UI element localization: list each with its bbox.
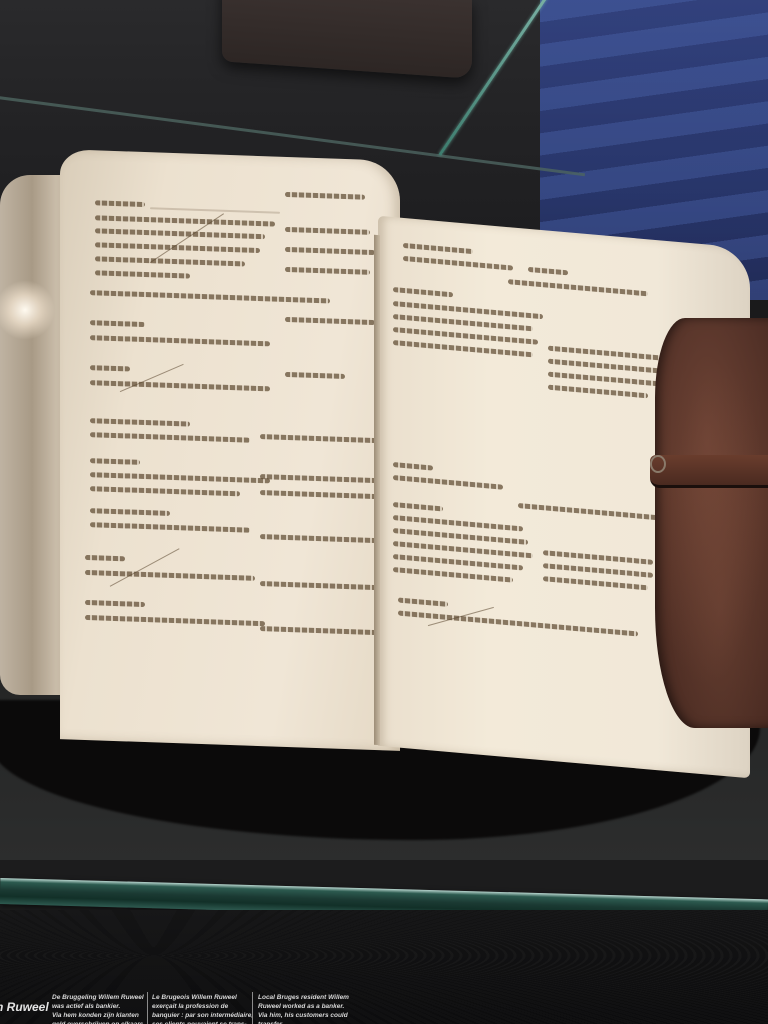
handwriting: [85, 615, 265, 626]
handwriting: [260, 490, 380, 499]
ledger-rule: [150, 207, 280, 214]
strike-line: [110, 548, 180, 586]
handwriting: [90, 320, 145, 327]
handwriting: [90, 508, 170, 516]
handwriting: [85, 570, 255, 581]
handwriting: [95, 200, 145, 207]
handwriting: [398, 597, 448, 606]
label-column-dutch: De Bruggeling Willem Ruweel was actief a…: [52, 993, 160, 1024]
label-line: transfer: [258, 1020, 366, 1024]
handwriting: [90, 290, 330, 303]
handwriting: [285, 267, 370, 275]
handwriting: [95, 228, 265, 239]
handwriting: [543, 550, 653, 565]
label-line: ses clients pouvaient se trans-: [152, 1020, 260, 1024]
label-line: De Bruggeling Willem Ruweel: [52, 993, 160, 1002]
label-line: was actief als bankier.: [52, 1002, 160, 1011]
handwriting: [85, 600, 145, 607]
handwriting: [548, 385, 648, 399]
handwriting: [90, 472, 270, 483]
handwriting: [260, 626, 380, 635]
label-line: Local Bruges resident Willem: [258, 993, 366, 1002]
handwriting: [548, 359, 668, 374]
handwriting: [543, 576, 648, 590]
handwriting: [548, 372, 658, 387]
handwriting: [85, 555, 125, 561]
handwriting: [285, 247, 375, 255]
label-line: Via hem konden zijn klanten: [52, 1011, 160, 1020]
handwriting: [528, 267, 568, 275]
label-line: banquier : par son intermédiaire,: [152, 1011, 260, 1020]
handwriting: [90, 335, 270, 346]
handwriting: [285, 317, 375, 325]
handwriting: [403, 256, 513, 271]
label-line: Le Brugeois Willem Ruweel: [152, 993, 260, 1002]
handwriting: [393, 340, 533, 357]
handwriting: [285, 372, 345, 379]
label-divider: [147, 992, 148, 1024]
book-gutter: [374, 235, 380, 746]
handwriting: [90, 365, 130, 371]
handwriting: [260, 581, 380, 590]
handwriting: [393, 475, 503, 490]
handwriting: [90, 486, 240, 496]
metal-clasp-ring: [650, 455, 666, 473]
handwriting: [393, 502, 443, 511]
handwriting: [260, 534, 380, 543]
handwriting: [95, 270, 190, 278]
handwriting: [285, 192, 365, 200]
handwriting: [508, 279, 648, 296]
handwriting: [548, 346, 668, 361]
left-ledger-page: [60, 149, 400, 751]
label-line: geld overschrijven op elkaars: [52, 1020, 160, 1024]
label-line: exerçait la profession de: [152, 1002, 260, 1011]
handwriting: [393, 287, 453, 297]
label-column-english: Local Bruges resident Willem Ruweel work…: [258, 993, 366, 1024]
label-line: Ruweel worked as a banker.: [258, 1002, 366, 1011]
leather-strap: [650, 455, 768, 488]
museum-display-photo: n Ruweel De Bruggeling Willem Ruweel was…: [0, 0, 768, 1024]
handwriting: [95, 256, 245, 266]
handwriting: [260, 434, 380, 443]
handwriting: [260, 474, 380, 483]
handwriting: [90, 418, 190, 426]
label-title: n Ruweel: [0, 1000, 49, 1014]
label-divider: [252, 992, 253, 1024]
handwriting: [90, 432, 250, 443]
label-column-french: Le Brugeois Willem Ruweel exerçait la pr…: [152, 993, 260, 1024]
label-line: Via him, his customers could: [258, 1011, 366, 1020]
handwriting: [393, 462, 433, 470]
handwriting: [393, 567, 513, 582]
leather-wrapper: [655, 318, 768, 728]
handwriting: [90, 522, 250, 533]
handwriting: [95, 215, 275, 226]
handwriting: [90, 380, 270, 391]
handwriting: [90, 458, 140, 465]
handwriting: [543, 563, 653, 578]
handwriting: [403, 243, 473, 254]
handwriting: [518, 503, 668, 521]
handwriting: [285, 227, 370, 235]
